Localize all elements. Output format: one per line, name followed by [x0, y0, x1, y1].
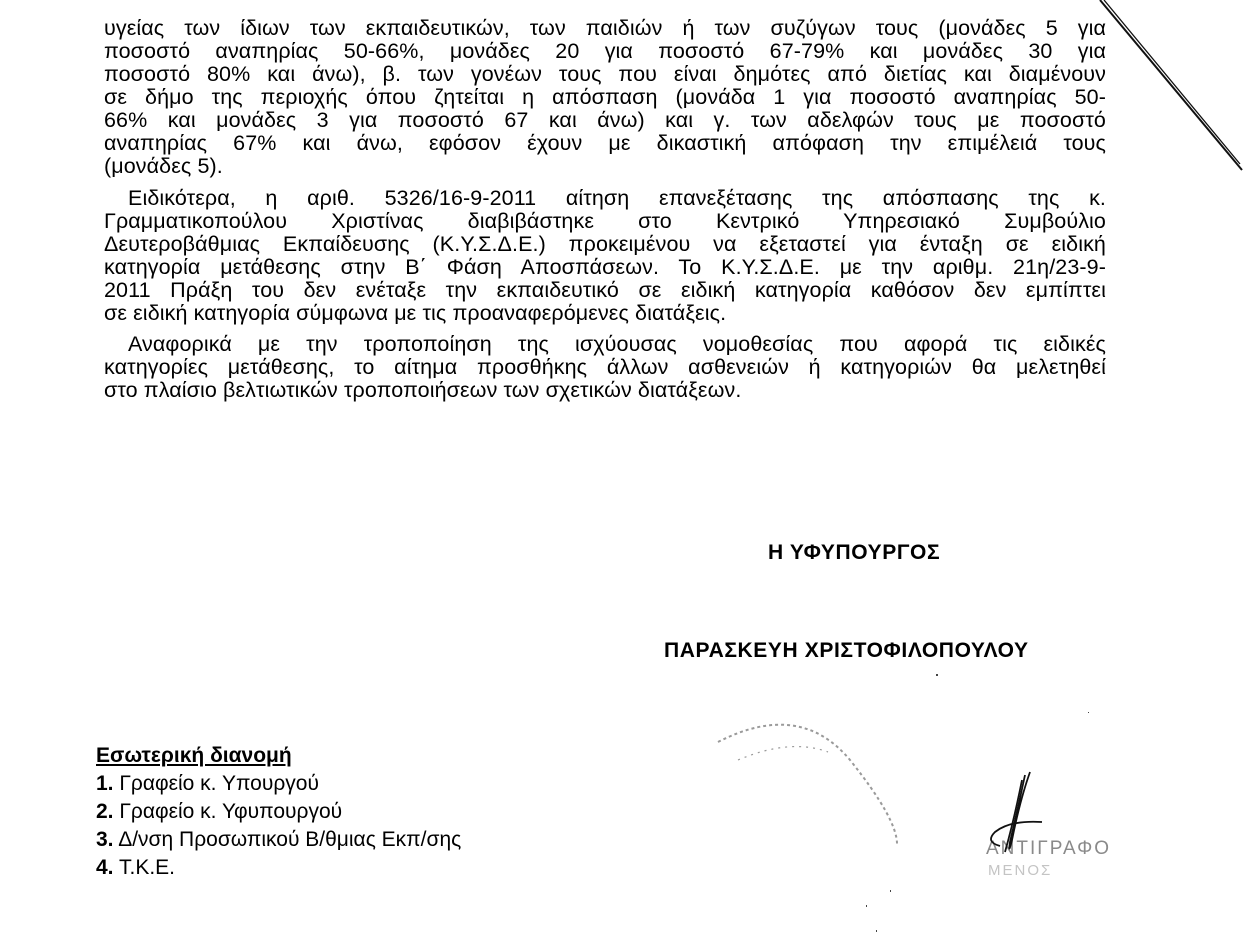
scan-specks [866, 674, 1089, 932]
scan-marks [0, 0, 1244, 938]
document-page: υγείας των ίδιων των εκπαιδευτικών, των … [0, 0, 1244, 938]
round-stamp-icon [718, 725, 897, 845]
diagonal-pen-line [1100, 0, 1242, 170]
handwritten-signature-icon [991, 772, 1042, 852]
